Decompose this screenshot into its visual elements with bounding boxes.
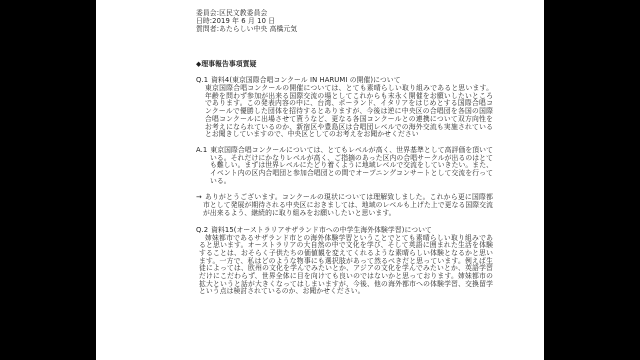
question-1-block: Q.1資料4(東京国際合唱コンクール IN HARUMI の開催)について 東京… bbox=[196, 76, 493, 139]
answer-1-body: 東京国際合唱コンクールについては、とてもレベルが高く、世界基準として高評価を頂い… bbox=[210, 146, 493, 185]
question-1-body: 東京国際合唱コンクールの開催については、とても素晴らしい取り組みであると思います… bbox=[205, 85, 493, 139]
meta-committee: 委員会:区民文教委員会 bbox=[196, 9, 493, 17]
meta-questioner: 質問者:あたらしい中央 高橋元気 bbox=[196, 25, 493, 33]
question-1-title-text: 資料4(東京国際合唱コンクール IN HARUMI の開催)について bbox=[211, 76, 400, 84]
followup-arrow: → bbox=[196, 193, 202, 201]
meta-datetime: 日時:2019 年 6 月 10 日 bbox=[196, 17, 493, 25]
answer-1-block: A.1東京国際合唱コンクールについては、とてもレベルが高く、世界基準として高評価… bbox=[196, 147, 493, 186]
question-2-title: Q.2資料15(オーストラリアサザランド市への中学生海外体験学習)について bbox=[196, 226, 493, 234]
document-page: 委員会:区民文教委員会 日時:2019 年 6 月 10 日 質問者:あたらしい… bbox=[96, 0, 544, 360]
question-2-label: Q.2 bbox=[196, 226, 208, 234]
question-1-label: Q.1 bbox=[196, 76, 208, 84]
followup-body: ありがとうございます。コンクールの現状については理解致しました。これから更に国際… bbox=[203, 193, 493, 216]
letterbox-stage: 委員会:区民文教委員会 日時:2019 年 6 月 10 日 質問者:あたらしい… bbox=[0, 0, 640, 360]
question-2-title-text: 資料15(オーストラリアサザランド市への中学生海外体験学習)について bbox=[211, 226, 432, 234]
document-content: 委員会:区民文教委員会 日時:2019 年 6 月 10 日 質問者:あたらしい… bbox=[196, 9, 493, 296]
question-1-title: Q.1資料4(東京国際合唱コンクール IN HARUMI の開催)について bbox=[196, 76, 493, 84]
question-2-block: Q.2資料15(オーストラリアサザランド市への中学生海外体験学習)について 姉妹… bbox=[196, 226, 493, 297]
followup-comment-block: →ありがとうございます。コンクールの現状については理解致しました。これから更に国… bbox=[196, 194, 493, 217]
answer-1-label: A.1 bbox=[196, 146, 207, 154]
question-2-body: 姉妹都市であるサザランド市との海外体験学習ということでとても素晴らしい取り組みで… bbox=[199, 235, 493, 297]
section-heading: ◆理事報告事項質疑 bbox=[196, 60, 493, 68]
document-meta: 委員会:区民文教委員会 日時:2019 年 6 月 10 日 質問者:あたらしい… bbox=[196, 9, 493, 33]
